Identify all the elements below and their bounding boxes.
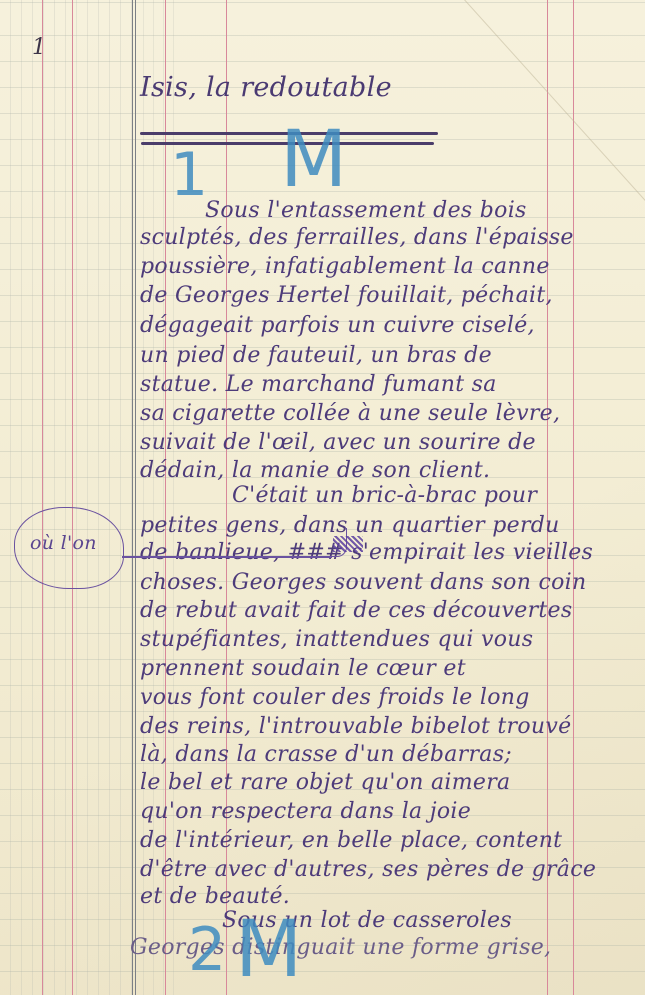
text-line: de rebut avait fait de ces découvertes	[140, 598, 572, 623]
text-line: statue. Le marchand fumant sa	[140, 372, 497, 397]
margin-line-red-6	[573, 0, 574, 995]
text-line: choses. Georges souvent dans son coin	[140, 570, 586, 595]
page-number: 1	[32, 35, 46, 60]
text-line: Sous l'entassement des bois	[205, 198, 527, 223]
text-line: dégageait parfois un cuivre ciselé,	[140, 313, 535, 338]
text-line: qu'on respectera dans la joie	[140, 799, 471, 824]
text-line: petites gens, dans un quartier perdu	[140, 513, 560, 538]
document-title: Isis, la redoutable	[140, 72, 392, 103]
margin-line-dark-2	[135, 0, 136, 995]
margin-note-text: où l'on	[30, 532, 97, 554]
text-line: vous font couler des froids le long	[140, 685, 530, 710]
text-line: le bel et rare objet qu'on aimera	[140, 770, 510, 795]
text-line: C'était un bric-à-brac pour	[232, 483, 537, 508]
manuscript-page: 1 Isis, la redoutable 1 M Sous l'entasse…	[0, 0, 645, 995]
left-column-grid	[0, 0, 134, 995]
text-line: d'être avec d'autres, ses pères de grâce	[140, 857, 596, 882]
text-line: de Georges Hertel fouillait, péchait,	[140, 283, 553, 308]
text-line: là, dans la crasse d'un débarras;	[140, 742, 512, 767]
text-line: dédain, la manie de son client.	[140, 458, 490, 483]
text-line: suivait de l'œil, avec un sourire de	[140, 430, 536, 455]
text-line: poussière, infatigablement la canne	[140, 254, 550, 279]
blue-mark-number-2: 2	[188, 915, 226, 985]
blue-mark-letter-bottom: M	[235, 905, 302, 995]
margin-line-red-2	[72, 0, 73, 995]
text-line: sa cigarette collée à une seule lèvre,	[140, 401, 560, 426]
margin-line-red-1	[42, 0, 43, 995]
text-line: sculptés, des ferrailles, dans l'épaisse	[140, 225, 574, 250]
text-line: prennent soudain le cœur et	[140, 656, 466, 681]
margin-line-dark-1	[132, 0, 133, 995]
text-line: de l'intérieur, en belle place, content	[140, 828, 562, 853]
text-line: un pied de fauteuil, un bras de	[140, 343, 492, 368]
margin-note-leader	[122, 556, 332, 558]
text-line: des reins, l'introuvable bibelot trouvé	[140, 714, 571, 739]
text-line: de banlieue, ### s'empirait les vieilles	[140, 540, 593, 565]
blue-mark-number-1: 1	[170, 140, 208, 210]
blue-mark-letter-top: M	[280, 115, 347, 205]
crossed-out-word	[333, 536, 363, 552]
text-line: stupéfiantes, inattendues qui vous	[140, 627, 533, 652]
